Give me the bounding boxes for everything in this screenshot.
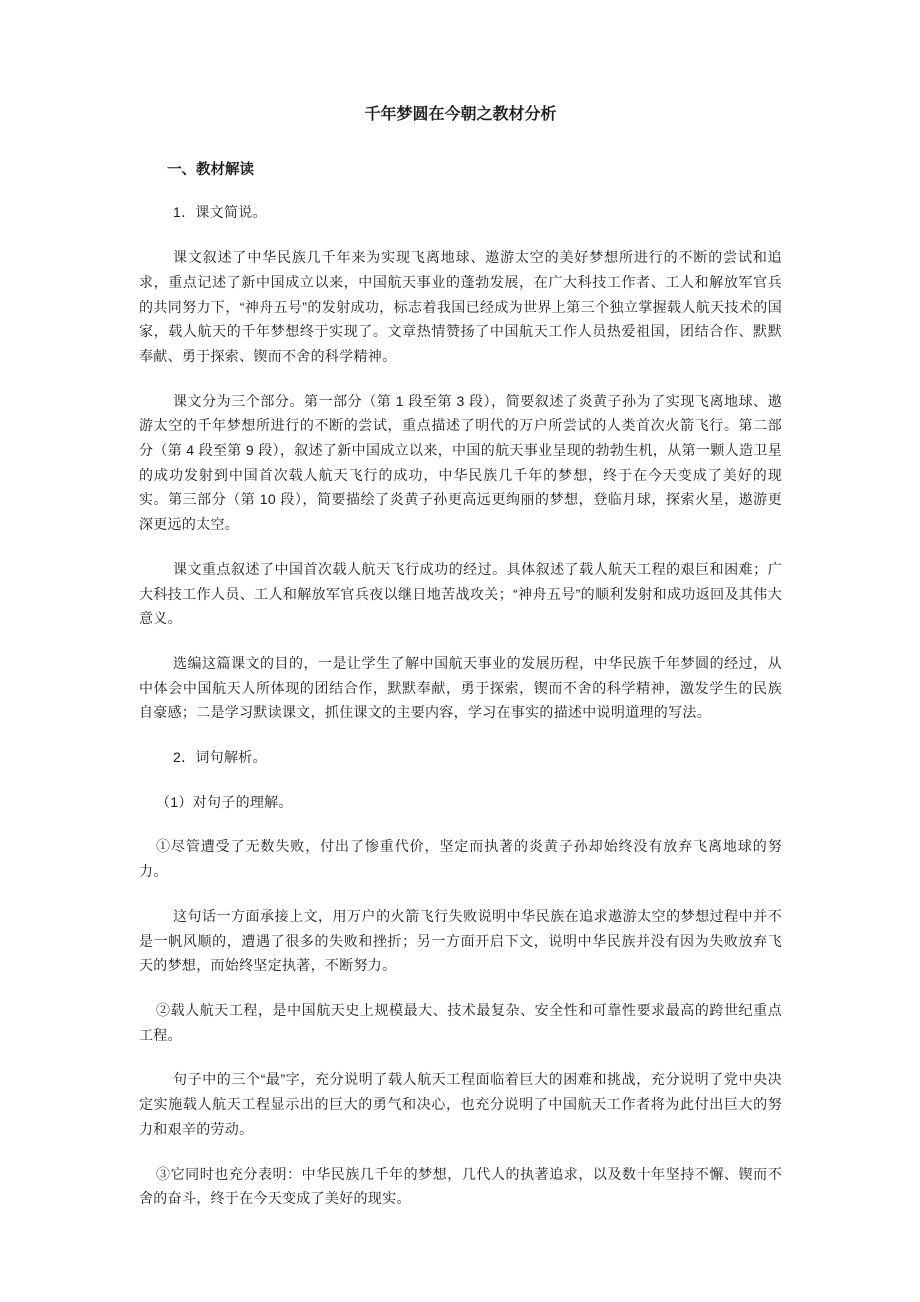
paragraph-course-overview: 课文叙述了中华民族几千年来为实现飞离地球、遨游太空的美好梦想所进行的不断的尝试和…	[139, 245, 782, 369]
section-heading-material-interpretation: 一、教材解读	[139, 158, 782, 183]
document-page: 千年梦圆在今朝之教材分析 一、教材解读 1．课文简说。 课文叙述了中华民族几千年…	[0, 0, 920, 1302]
paragraph-key-narrative: 课文重点叙述了中国首次载人航天飞行成功的经过。具体叙述了载人航天工程的艰巨和困难…	[139, 557, 782, 631]
sentence-2: ②载人航天工程，是中国航天史上规模最大、技术最复杂、安全性和可靠性要求最高的跨世…	[139, 998, 782, 1047]
sentence-1-analysis: 这句话一方面承接上文，用万户的火箭飞行失败说明中华民族在追求遨游太空的梦想过程中…	[139, 904, 782, 978]
document-title: 千年梦圆在今朝之教材分析	[139, 103, 782, 128]
sentence-2-analysis: 句子中的三个“最”字，充分说明了载人航天工程面临着巨大的困难和挑战，充分说明了党…	[139, 1067, 782, 1141]
sentence-3: ③它同时也充分表明：中华民族几千年的梦想，几代人的执著追求，以及数十年坚持不懈、…	[139, 1162, 782, 1211]
sub-label-sentence-understanding: （1）对句子的理解。	[139, 790, 782, 815]
paragraph-selection-purpose: 选编这篇课文的目的，一是让学生了解中国航天事业的发展历程，中华民族千年梦圆的经过…	[139, 651, 782, 725]
item-label-ciju-jiexi: 2．词句解析。	[139, 745, 782, 770]
sentence-1: ①尽管遭受了无数失败，付出了惨重代价，坚定而执著的炎黄子孙却始终没有放弃飞离地球…	[139, 834, 782, 883]
item-label-kewen-jianshuo: 1．课文简说。	[139, 200, 782, 225]
paragraph-three-parts: 课文分为三个部分。第一部分（第 1 段至第 3 段），简要叙述了炎黄子孙为了实现…	[139, 389, 782, 537]
